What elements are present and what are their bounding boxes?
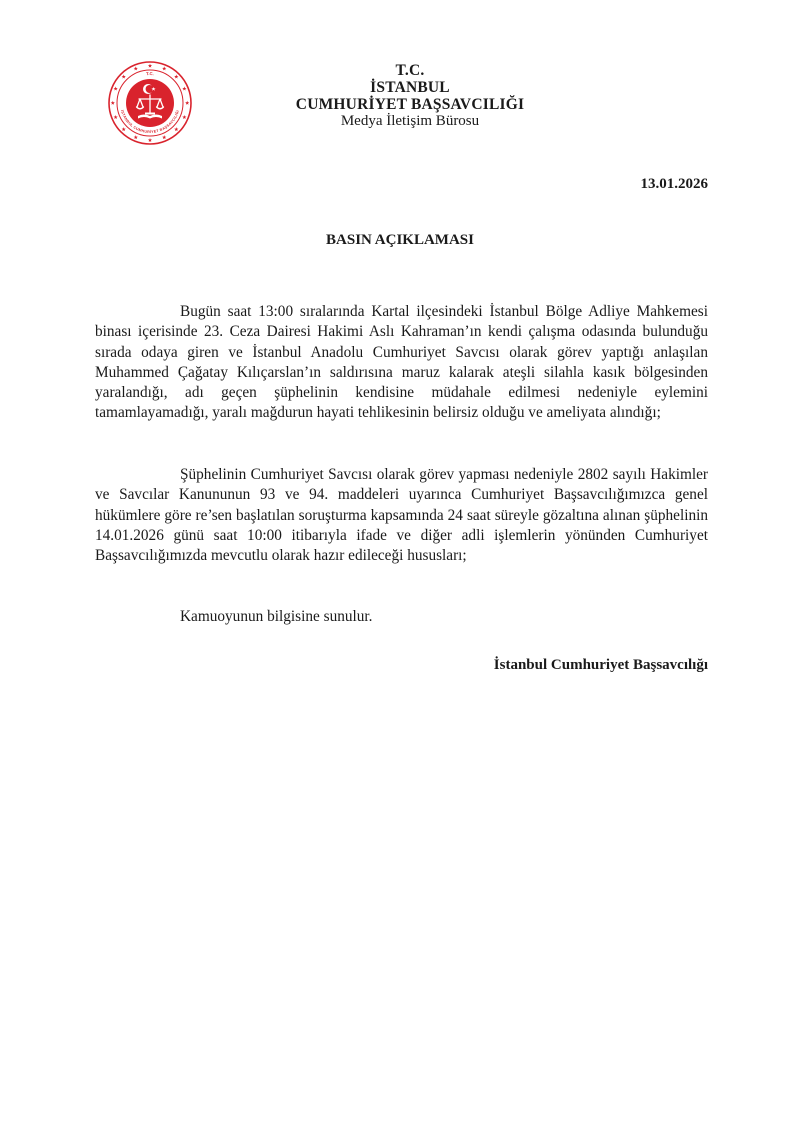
letterhead-city: İSTANBUL [270, 79, 550, 96]
letterhead-department: Medya İletişim Bürosu [270, 113, 550, 130]
closing-statement: Kamuoyunun bilgisine sunulur. [180, 608, 372, 626]
svg-text:T.C.: T.C. [146, 71, 154, 76]
body-paragraph-2: Şüphelinin Cumhuriyet Savcısı olarak gör… [95, 465, 708, 566]
document-date: 13.01.2026 [641, 176, 709, 193]
signature: İstanbul Cumhuriyet Başsavcılığı [494, 657, 708, 674]
document-title: BASIN AÇIKLAMASI [0, 232, 800, 249]
letterhead: T.C. İSTANBUL CUMHURİYET BAŞSAVCILIĞI Me… [270, 62, 550, 130]
body-paragraph-1: Bugün saat 13:00 sıralarında Kartal ilçe… [95, 302, 708, 424]
letterhead-country: T.C. [270, 62, 550, 79]
paragraph-text: Şüphelinin Cumhuriyet Savcısı olarak gör… [95, 465, 708, 566]
press-release-page: T.C. İSTANBUL CUMHURİYET BAŞSAVCILIĞI [0, 0, 800, 1131]
prosecutor-office-emblem-icon: T.C. İSTANBUL CUMHURİYET BAŞSAVCILIĞI [107, 60, 193, 146]
letterhead-institution: CUMHURİYET BAŞSAVCILIĞI [270, 96, 550, 113]
paragraph-text: Bugün saat 13:00 sıralarında Kartal ilçe… [95, 302, 708, 424]
